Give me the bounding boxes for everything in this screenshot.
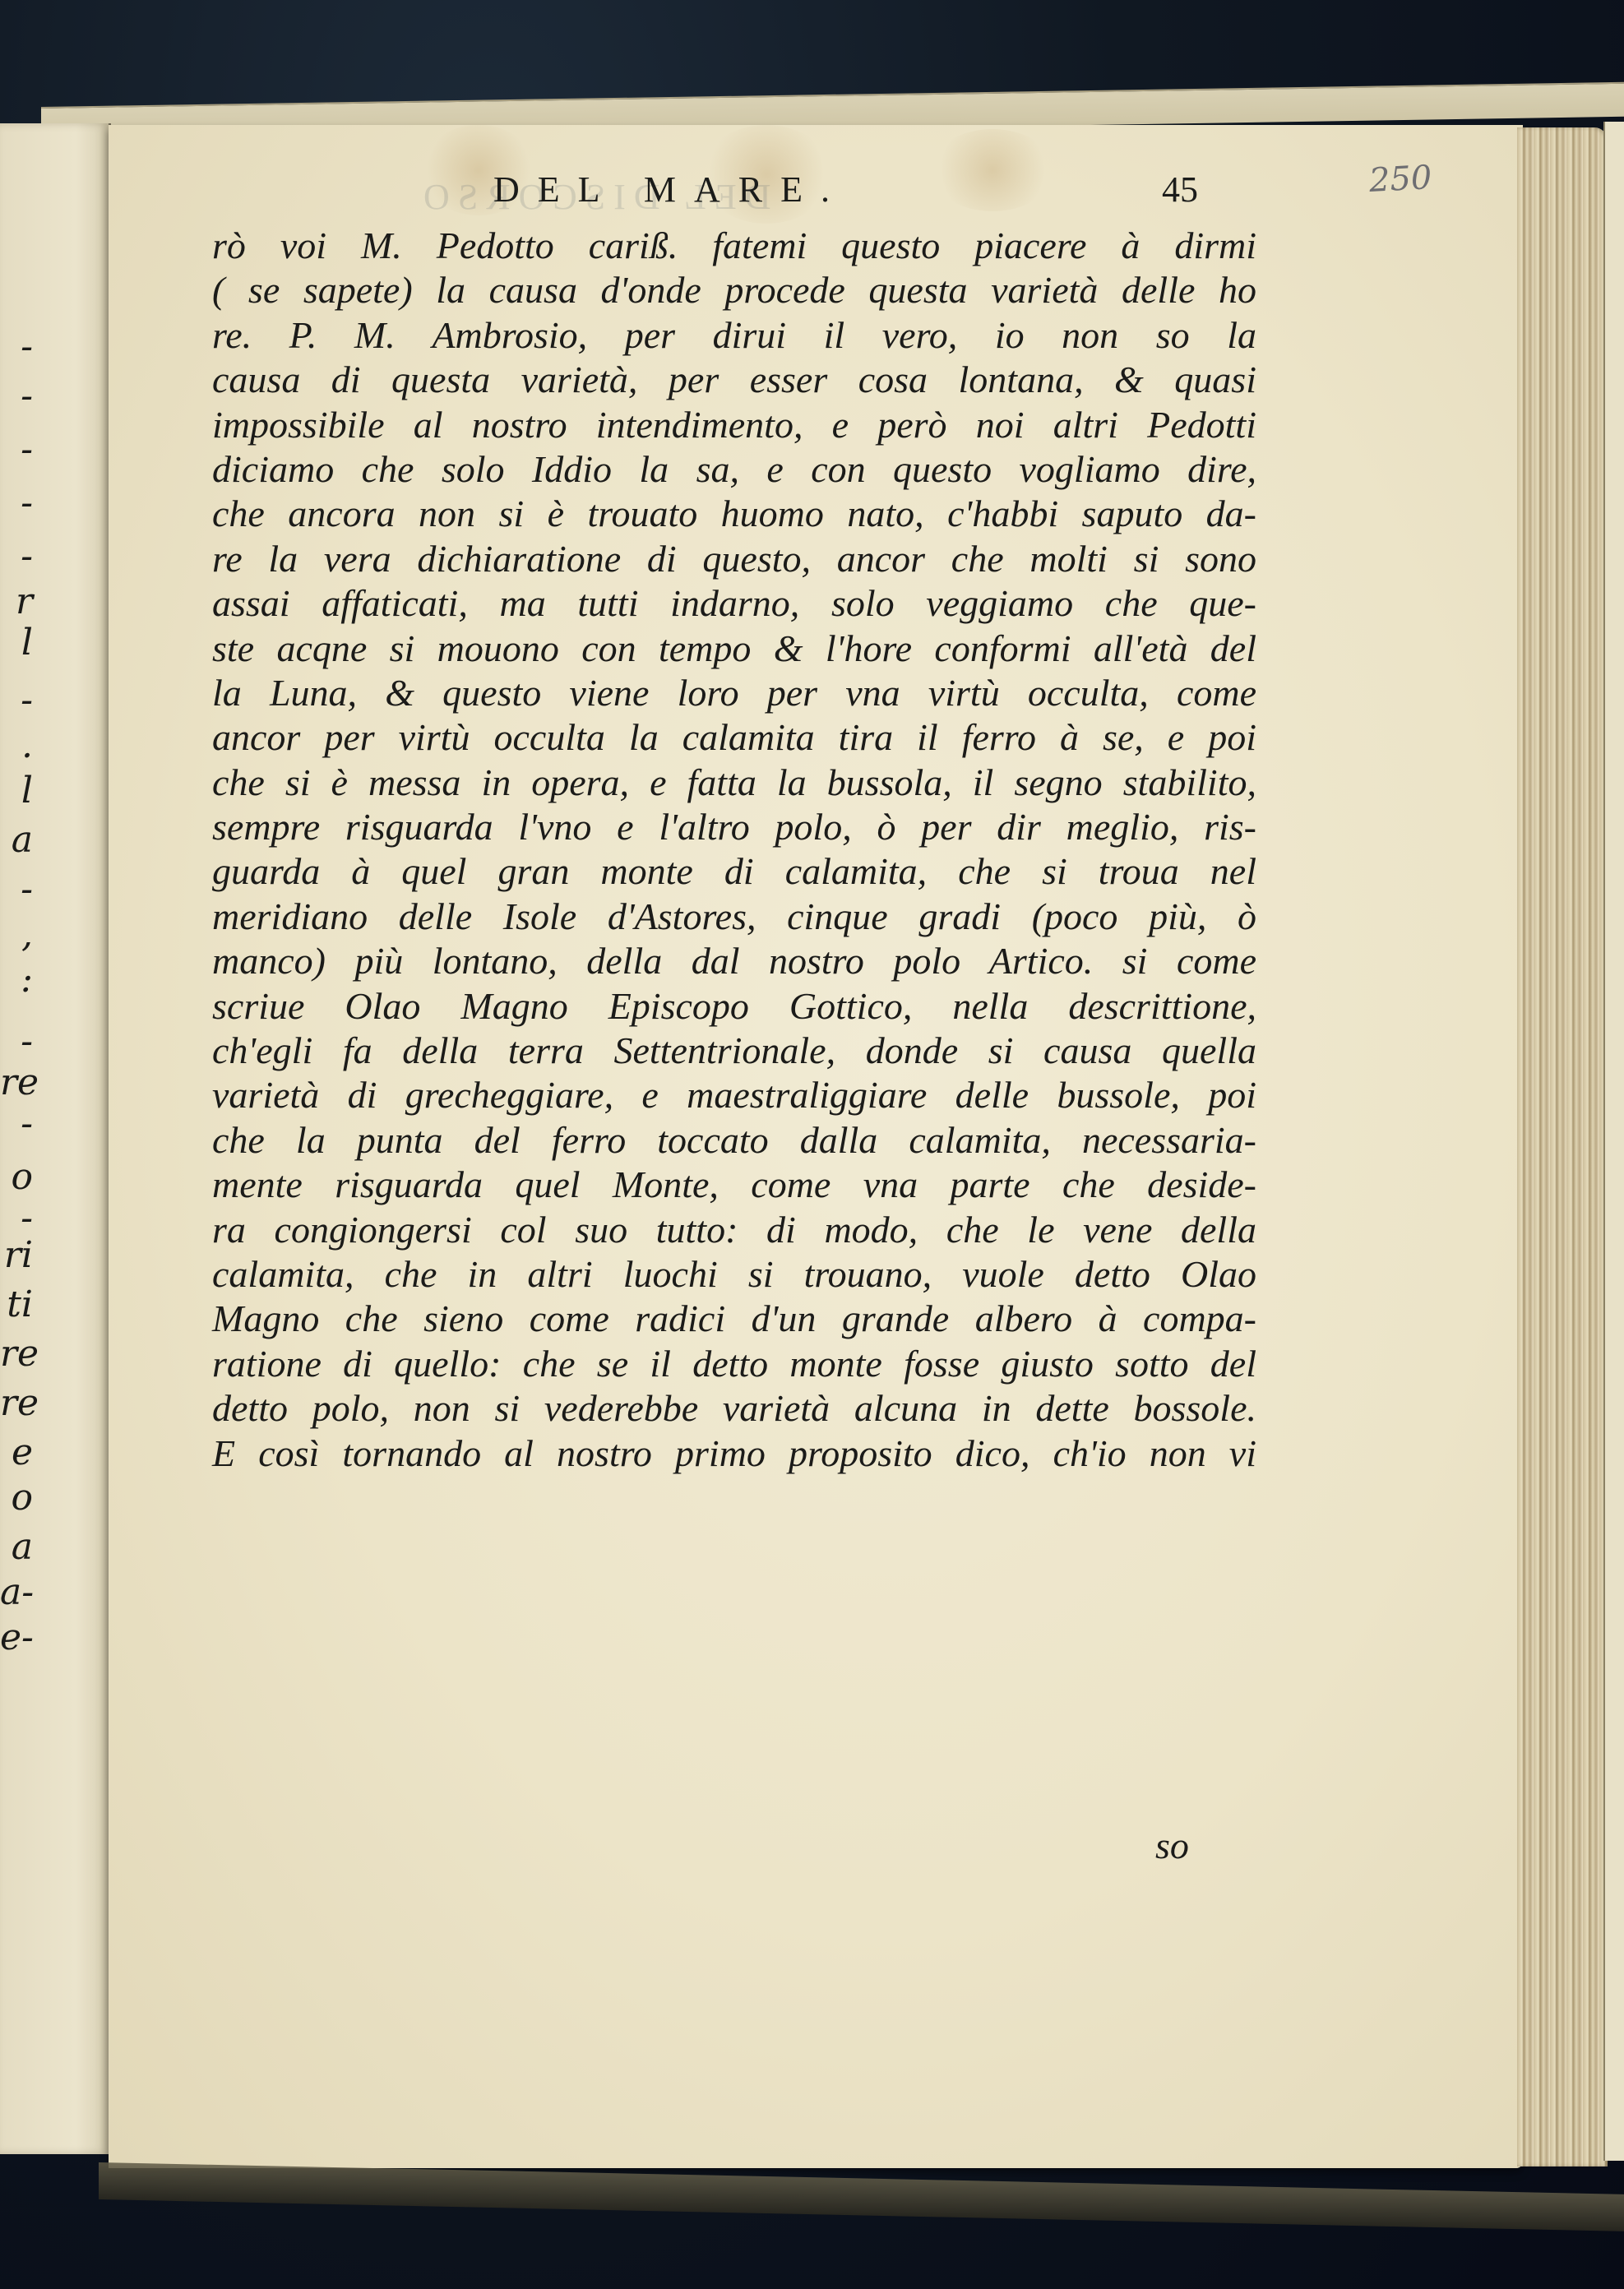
left-page-text-fragment: -	[0, 539, 33, 575]
left-page-text-fragment: -	[0, 1200, 33, 1237]
left-page-text-fragment: -	[0, 378, 33, 414]
left-page-text-fragment: e	[0, 1435, 33, 1471]
left-page-text-fragment: o	[0, 1480, 33, 1516]
page-stack-fore-edge	[1517, 127, 1608, 2166]
text-line: manco) più lontano, della dal nostro pol…	[212, 939, 1256, 983]
text-line: che si è messa in opera, e fatta la buss…	[212, 761, 1256, 805]
text-line: calamita, che in altri luochi si trouano…	[212, 1252, 1256, 1297]
left-page-text-fragment: l	[0, 773, 33, 809]
left-page-text-fragment: -	[0, 485, 33, 521]
left-page-text-fragment: re	[0, 1385, 33, 1422]
left-page-text-fragment: -	[0, 682, 33, 719]
text-line: causa di questa varietà, per esser cosa …	[212, 358, 1256, 402]
page-number: 45	[1162, 169, 1198, 210]
handwritten-folio-number: 250	[1368, 159, 1433, 200]
left-page-text-fragment: r	[0, 584, 33, 620]
left-page-text-fragment: a	[0, 822, 33, 858]
left-page-text-fragment: ri	[0, 1237, 33, 1274]
text-line: detto polo, non si vederebbe varietà alc…	[212, 1386, 1256, 1431]
text-line: ( se sapete) la causa d'onde procede que…	[212, 268, 1256, 312]
text-line: meridiano delle Isole d'Astores, cinque …	[212, 895, 1256, 939]
left-page-text-fragment: o	[0, 1159, 33, 1195]
left-page-text-fragment: .	[0, 728, 33, 764]
text-line: che ancora non si è trouato huomo nato, …	[212, 492, 1256, 536]
body-text: rò voi M. Pedotto cariß. fatemi questo p…	[212, 224, 1256, 1476]
text-line: ste acqne si mouono con tempo & l'hore c…	[212, 627, 1256, 671]
text-line: sempre risguarda l'vno e l'altro polo, ò…	[212, 805, 1256, 849]
left-page-text-fragment: a	[0, 1529, 33, 1565]
left-page-text-fragment: -	[0, 1106, 33, 1142]
left-page-text-fragment: ,	[0, 917, 33, 953]
text-line: scriue Olao Magno Episcopo Gottico, nell…	[212, 984, 1256, 1029]
text-line: re. P. M. Ambrosio, per dirui il vero, i…	[212, 313, 1256, 358]
text-line: ancor per virtù occulta la calamita tira…	[212, 715, 1256, 760]
text-line: ratione di quello: che se il detto monte…	[212, 1342, 1256, 1386]
text-line: varietà di grecheggiare, e maestraliggia…	[212, 1073, 1256, 1117]
text-line: impossibile al nostro intendimento, e pe…	[212, 403, 1256, 447]
text-line: E così tornando al nostro primo proposit…	[212, 1431, 1256, 1476]
left-page-text-fragment: re	[0, 1336, 33, 1372]
text-line: Magno che sieno come radici d'un grande …	[212, 1297, 1256, 1341]
text-line: diciamo che solo Iddio la sa, e con ques…	[212, 447, 1256, 492]
text-line: rò voi M. Pedotto cariß. fatemi questo p…	[212, 224, 1256, 268]
left-page-text-fragment: re	[0, 1065, 33, 1101]
text-line: guarda à quel gran monte di calamita, ch…	[212, 849, 1256, 894]
left-page-text-fragment: -	[0, 872, 33, 908]
left-page-text-fragment: l	[0, 625, 33, 661]
left-page-text-fragment: ti	[0, 1287, 33, 1323]
text-line: mente risguarda quel Monte, come vna par…	[212, 1163, 1256, 1207]
text-line: assai affaticati, ma tutti indarno, solo…	[212, 581, 1256, 626]
foxing-stain	[931, 129, 1054, 211]
text-line: ra congiongersi col suo tutto: di modo, …	[212, 1208, 1256, 1252]
left-facing-page: -----rl-.la-,:-re-o-ritirereeoaa-e-	[0, 123, 111, 2154]
catchword: so	[1155, 1824, 1189, 1867]
left-page-text-fragment: a-	[0, 1575, 33, 1611]
text-line: ch'egli fa della terra Settentrionale, d…	[212, 1029, 1256, 1073]
book-board-right-edge	[1603, 122, 1624, 2161]
left-page-text-fragment: e-	[0, 1620, 33, 1656]
text-line: re la vera dichiaratione di questo, anco…	[212, 537, 1256, 581]
left-page-text-fragment: -	[0, 432, 33, 468]
left-page-text-fragment: -	[0, 1024, 33, 1060]
left-page-text-fragment: :	[0, 962, 33, 998]
running-head: DEL MARE.	[493, 169, 848, 210]
left-page-text-fragment: -	[0, 329, 33, 365]
text-line: la Luna, & questo viene loro per vna vir…	[212, 671, 1256, 715]
text-line: che la punta del ferro toccato dalla cal…	[212, 1118, 1256, 1163]
